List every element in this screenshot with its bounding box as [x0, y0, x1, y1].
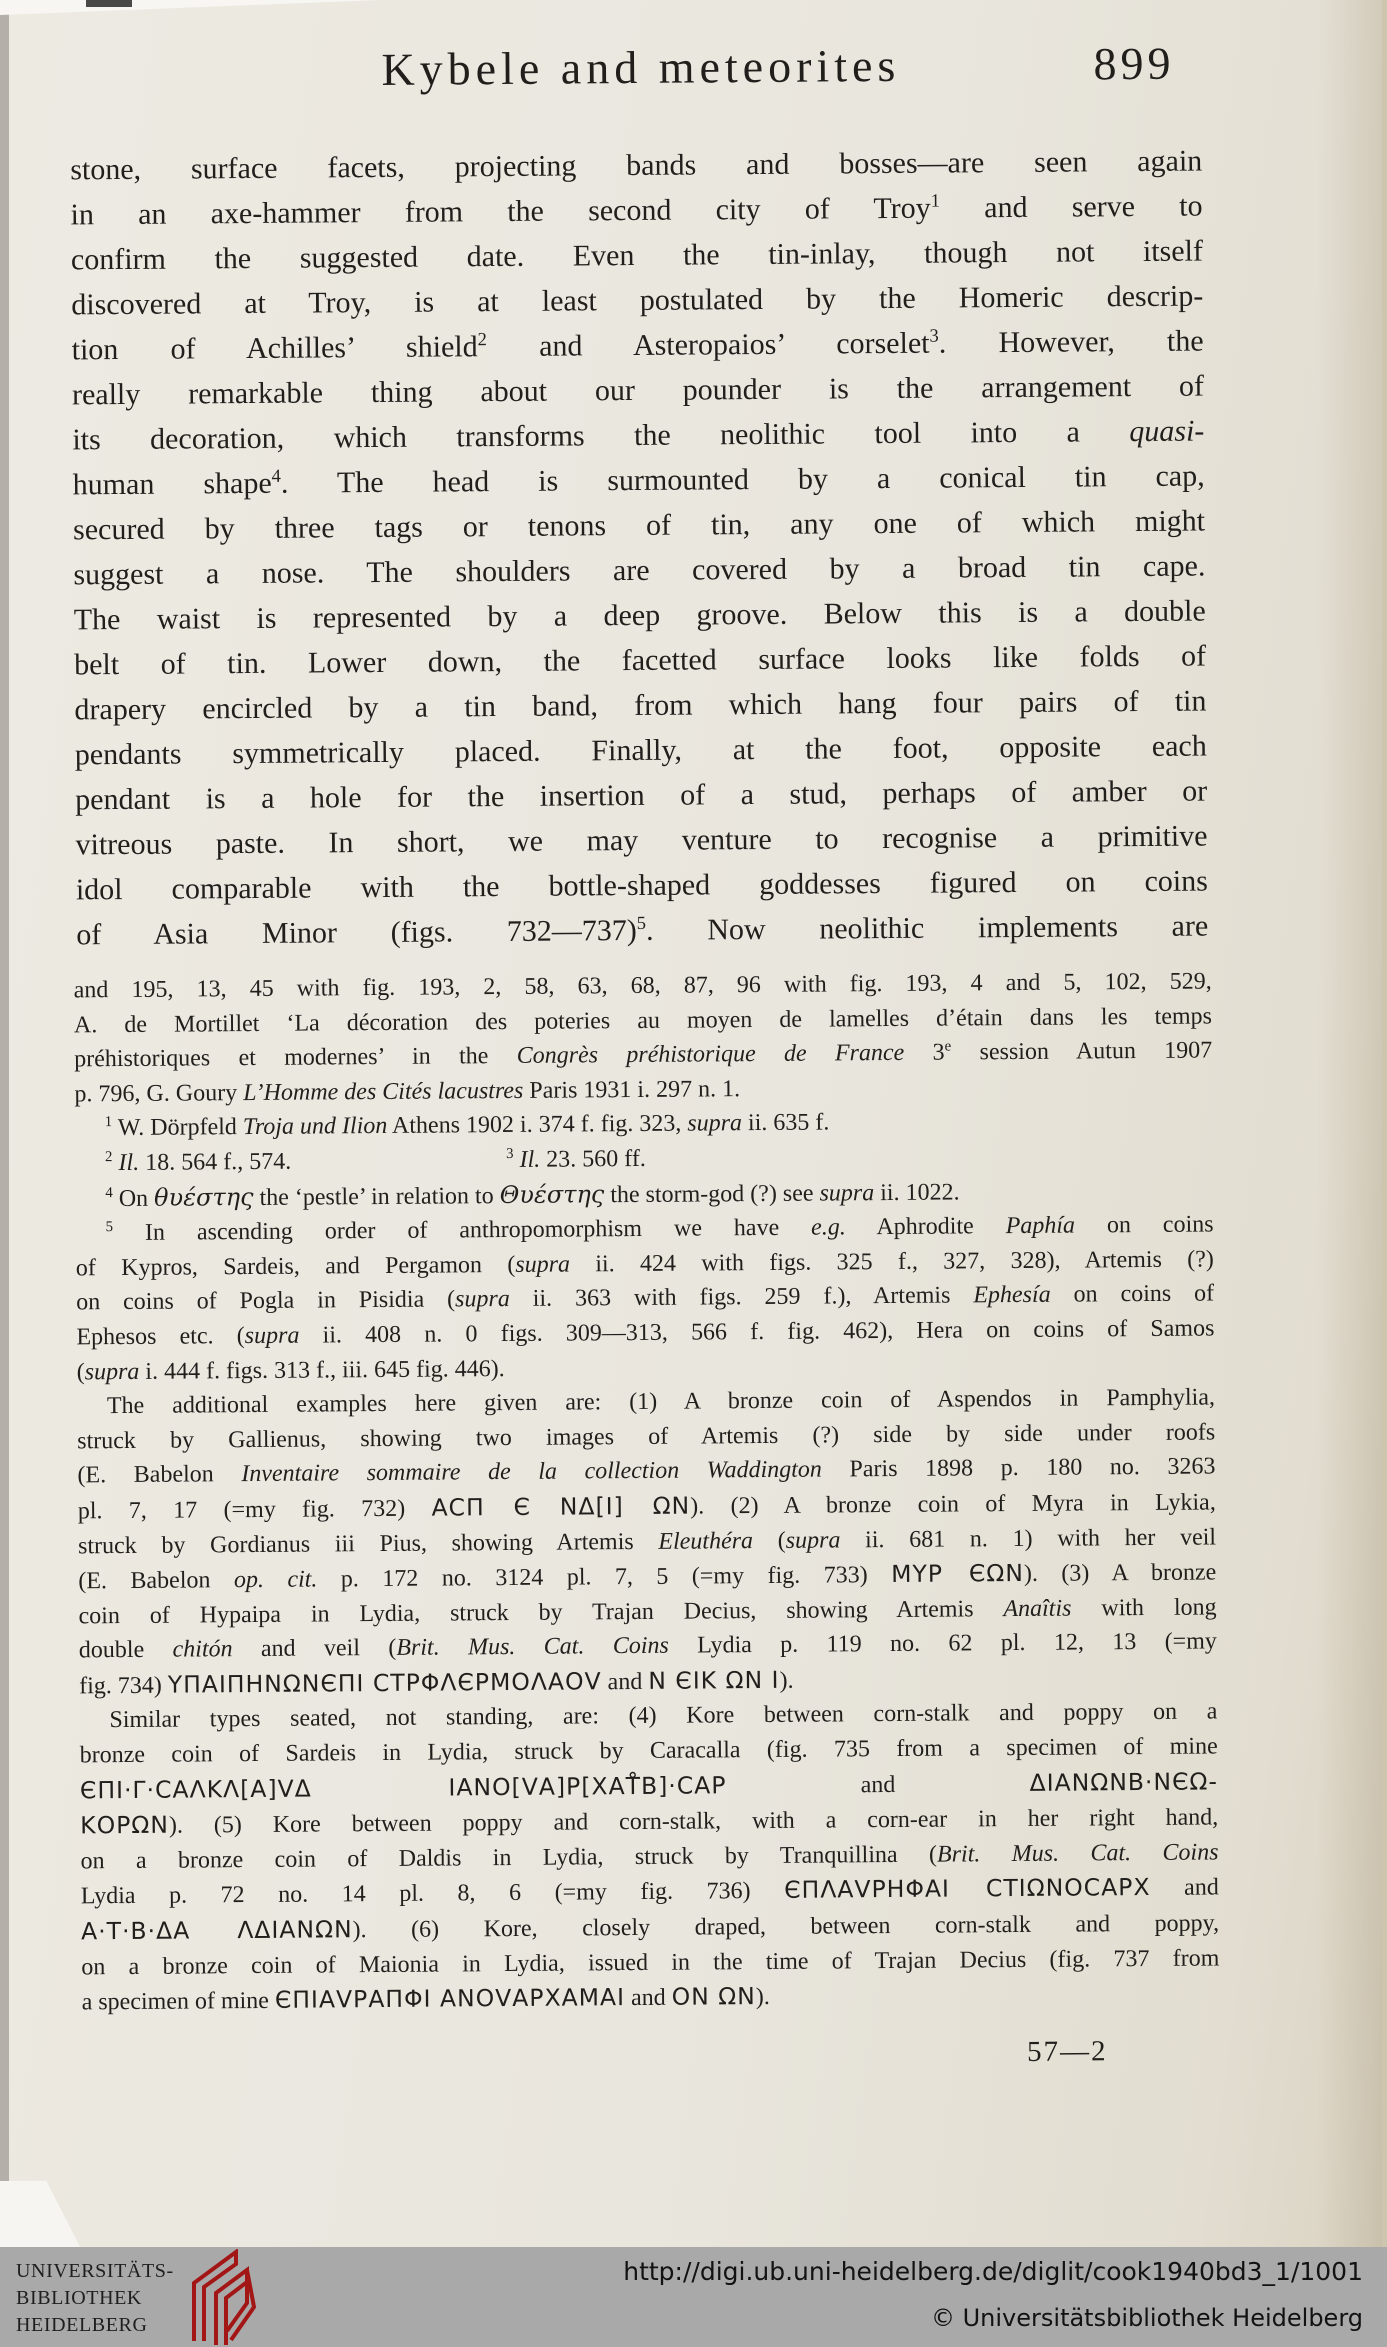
viewer-footer-bar: UNIVERSITÄTS- BIBLIOTHEK HEIDELBERG http… — [0, 2247, 1387, 2347]
text-line: a specimen of mine ЄΠΙΑVΡΑΠΦΙ ΑΝΟVΑΡΧΑΜΑ… — [81, 1976, 1219, 2021]
scan-edge-right — [1382, 0, 1387, 2247]
printer-signature: 57—2 — [1027, 2035, 1108, 2069]
scan-edge-left — [0, 0, 9, 2247]
main-text: stone, surface facets, projecting bands … — [70, 139, 1208, 958]
page-title: Kybele and meteorites — [381, 39, 900, 96]
page-scan: Kybele and meteorites 899 stone, surface… — [0, 0, 1387, 2253]
library-name: UNIVERSITÄTS- BIBLIOTHEK HEIDELBERG — [16, 2258, 174, 2339]
page-number: 899 — [1093, 37, 1174, 91]
library-name-line1: UNIVERSITÄTS- — [16, 2258, 174, 2285]
copyright-notice: © Universitätsbibliothek Heidelberg — [931, 2304, 1363, 2332]
scan-corner-mark — [86, 0, 132, 7]
open-book-logo-icon — [186, 2249, 256, 2345]
footnotes: and 195, 13, 45 with fig. 193, 2, 58, 63… — [74, 964, 1220, 2020]
library-name-line2: BIBLIOTHEK — [16, 2285, 174, 2312]
text-line: of Asia Minor (figs. 732—737)5. Now neol… — [76, 903, 1208, 957]
library-name-line3: HEIDELBERG — [16, 2312, 174, 2339]
scanned-book-page: Kybele and meteorites 899 stone, surface… — [0, 0, 1387, 2347]
page-curve-shadow — [1317, 0, 1387, 2247]
document-url: http://digi.ub.uni-heidelberg.de/diglit/… — [623, 2257, 1363, 2286]
